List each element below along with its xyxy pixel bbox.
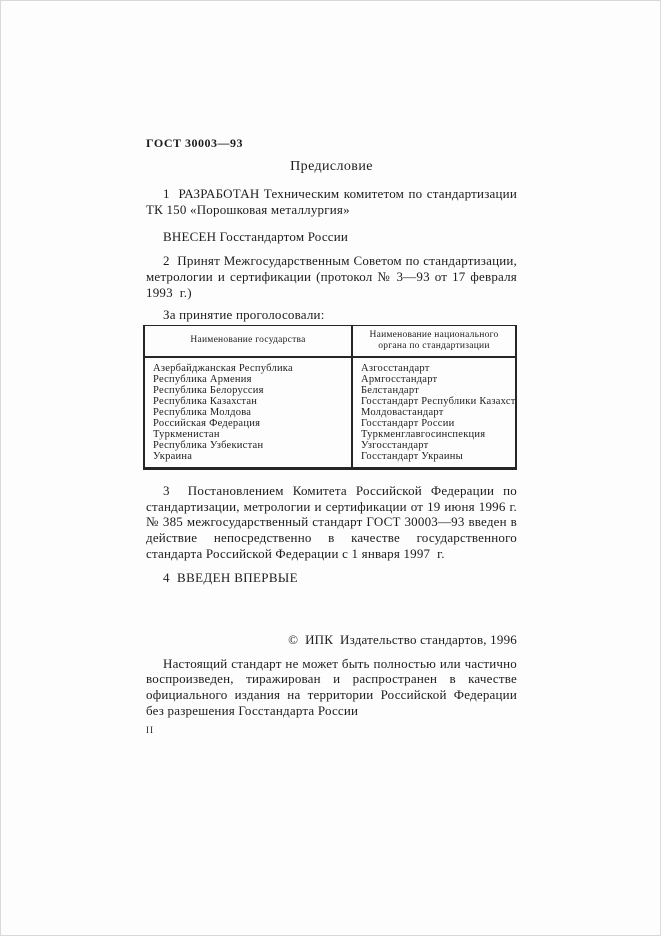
voting-table-body: Азербайджанская РеспубликаАзгосстандартР… xyxy=(144,357,516,469)
column-header-state: Наименование государства xyxy=(144,325,352,357)
state-name-cell: Республика Белоруссия xyxy=(144,385,352,396)
standards-body-cell: Азгосстандарт xyxy=(352,357,516,374)
table-row: Российская ФедерацияГосстандарт России xyxy=(144,418,516,429)
standards-body-cell: Госстандарт Украины xyxy=(352,451,516,469)
clause-submitted: ВНЕСЕН Госстандартом России xyxy=(146,229,517,245)
clause-2-adopted: 2 Принят Межгосударственным Советом по с… xyxy=(146,253,517,300)
voting-table-head: Наименование государства Наименование на… xyxy=(144,325,516,357)
standards-body-cell: Белстандарт xyxy=(352,385,516,396)
page-content: ГОСТ 30003—93 Предисловие 1 РАЗРАБОТАН Т… xyxy=(146,136,517,735)
table-row: Республика БелоруссияБелстандарт xyxy=(144,385,516,396)
table-row: ТуркменистанТуркменглавгосинспекция xyxy=(144,429,516,440)
table-row: Республика КазахстанГосстандарт Республи… xyxy=(144,396,516,407)
standards-body-cell: Туркменглавгосинспекция xyxy=(352,429,516,440)
standards-body-cell: Госстандарт России xyxy=(352,418,516,429)
reproduction-notice: Настоящий стандарт не может быть полност… xyxy=(146,656,517,719)
state-name-cell: Азербайджанская Республика xyxy=(144,357,352,374)
state-name-cell: Республика Узбекистан xyxy=(144,440,352,451)
vote-intro: За принятие проголосовали: xyxy=(146,308,517,322)
voting-table-header-row: Наименование государства Наименование на… xyxy=(144,325,516,357)
standards-body-cell: Госстандарт Республики Казахстан xyxy=(352,396,516,407)
doc-code: ГОСТ 30003—93 xyxy=(146,136,517,151)
standards-body-cell: Армгосстандарт xyxy=(352,374,516,385)
page-number: II xyxy=(146,725,517,735)
state-name-cell: Украина xyxy=(144,451,352,469)
standards-body-cell: Молдовастандарт xyxy=(352,407,516,418)
table-row: Республика МолдоваМолдовастандарт xyxy=(144,407,516,418)
voting-table: Наименование государства Наименование на… xyxy=(143,325,517,470)
state-name-cell: Республика Армения xyxy=(144,374,352,385)
table-row: Азербайджанская РеспубликаАзгосстандарт xyxy=(144,357,516,374)
state-name-cell: Республика Молдова xyxy=(144,407,352,418)
table-row: Республика АрменияАрмгосстандарт xyxy=(144,374,516,385)
clause-3-resolution: 3 Постановлением Комитета Российской Фед… xyxy=(146,483,517,562)
copyright-line: © ИПК Издательство стандартов, 1996 xyxy=(146,632,517,648)
state-name-cell: Туркменистан xyxy=(144,429,352,440)
state-name-cell: Российская Федерация xyxy=(144,418,352,429)
clause-1-developed: 1 РАЗРАБОТАН Техническим комитетом по ст… xyxy=(146,186,517,218)
column-header-standards-body: Наименование национального органа по ста… xyxy=(352,325,516,357)
table-row: Республика УзбекистанУзгосстандарт xyxy=(144,440,516,451)
clause-4-introduced: 4 ВВЕДЕН ВПЕРВЫЕ xyxy=(146,570,517,586)
page-title: Предисловие xyxy=(146,159,517,175)
standards-body-cell: Узгосстандарт xyxy=(352,440,516,451)
table-row: УкраинаГосстандарт Украины xyxy=(144,451,516,469)
document-page: ГОСТ 30003—93 Предисловие 1 РАЗРАБОТАН Т… xyxy=(0,0,661,936)
state-name-cell: Республика Казахстан xyxy=(144,396,352,407)
